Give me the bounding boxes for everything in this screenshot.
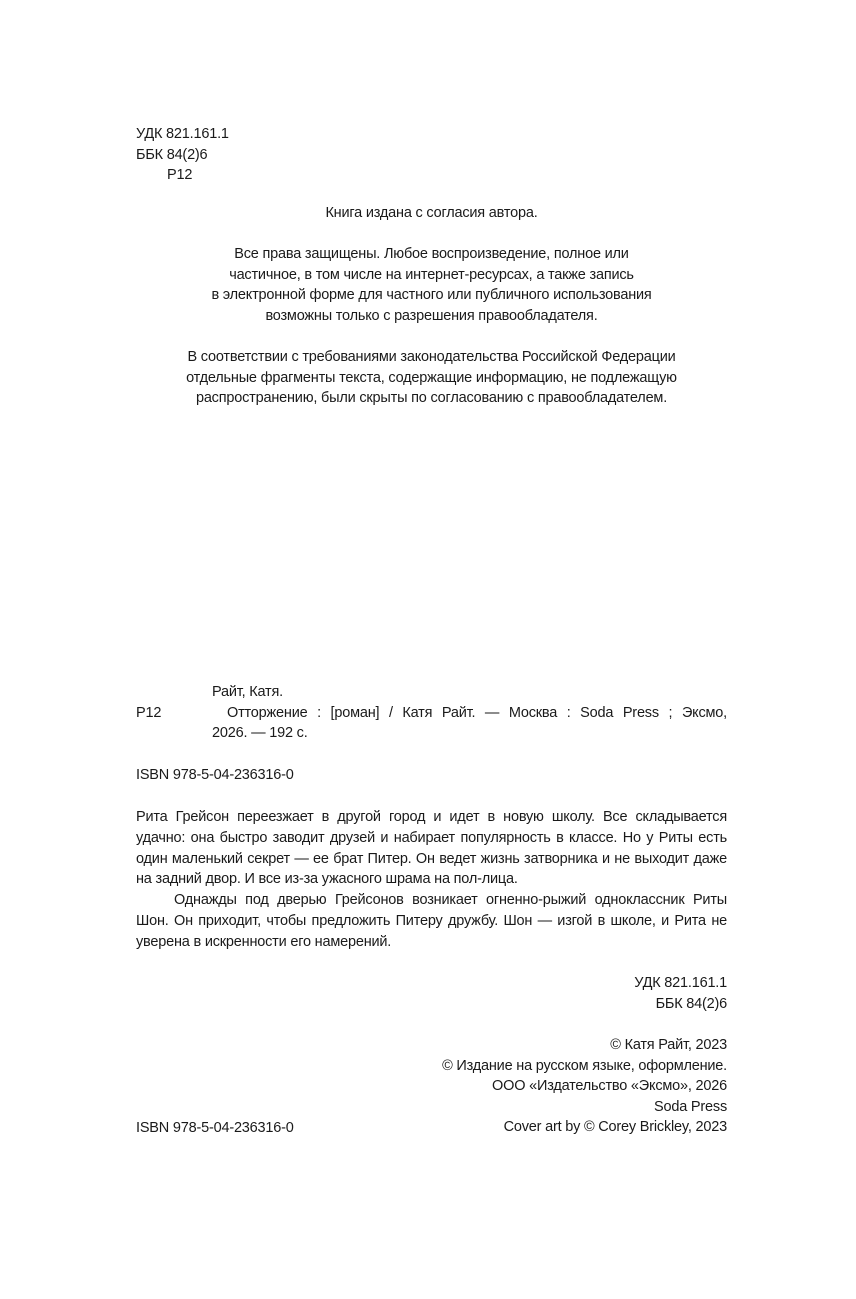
consent-text: Книга издана с согласия автора.	[136, 203, 727, 224]
classification-top: УДК 821.161.1 ББК 84(2)6 Р12	[136, 124, 229, 186]
rights-line: в электронной форме для частного или пуб…	[136, 285, 727, 306]
isbn-bottom: ISBN 978-5-04-236316-0	[136, 1118, 294, 1139]
rights-line: Все права защищены. Любое воспроизведени…	[136, 244, 727, 265]
consent-notice: Книга издана с согласия автора.	[136, 203, 727, 224]
copyright-line: Cover art by © Corey Brickley, 2023	[442, 1117, 727, 1138]
copyright-line: © Издание на русском языке, оформление.	[442, 1056, 727, 1077]
bbk-code: ББК 84(2)6	[136, 145, 229, 166]
classification-bottom: УДК 821.161.1 ББК 84(2)6	[634, 973, 727, 1014]
udk-code: УДК 821.161.1	[634, 973, 727, 994]
copyright-block: © Катя Райт, 2023 © Издание на русском я…	[442, 1035, 727, 1138]
rights-line: возможны только с разрешения правооблада…	[136, 306, 727, 327]
udk-code: УДК 821.161.1	[136, 124, 229, 145]
annotation-paragraph: Однажды под дверью Грейсонов возникает о…	[136, 890, 727, 952]
imprint-line: 2026. — 192 с.	[212, 723, 727, 744]
isbn-record: ISBN 978-5-04-236316-0	[136, 765, 294, 786]
bibliographic-record: Райт, Катя. Р12 Отторжение : [роман] / К…	[136, 682, 727, 744]
copyright-line: ООО «Издательство «Эксмо», 2026	[442, 1076, 727, 1097]
author-heading: Райт, Катя.	[212, 682, 727, 703]
legal-line: В соответствии с требованиями законодате…	[136, 347, 727, 368]
rights-notice: Все права защищены. Любое воспроизведени…	[136, 244, 727, 326]
author-mark: Р12	[136, 165, 229, 186]
annotation: Рита Грейсон переезжает в другой город и…	[136, 807, 727, 953]
copyright-line: Soda Press	[442, 1097, 727, 1118]
title-line: Отторжение : [роман] / Катя Райт. — Моск…	[212, 703, 727, 724]
legal-line: распространению, были скрыты по согласов…	[136, 388, 727, 409]
legal-notice: В соответствии с требованиями законодате…	[136, 347, 727, 409]
record-code: Р12	[136, 703, 161, 724]
copyright-line: © Катя Райт, 2023	[442, 1035, 727, 1056]
rights-line: частичное, в том числе на интернет-ресур…	[136, 265, 727, 286]
legal-line: отдельные фрагменты текста, содержащие и…	[136, 368, 727, 389]
bbk-code: ББК 84(2)6	[634, 994, 727, 1015]
annotation-paragraph: Рита Грейсон переезжает в другой город и…	[136, 807, 727, 890]
